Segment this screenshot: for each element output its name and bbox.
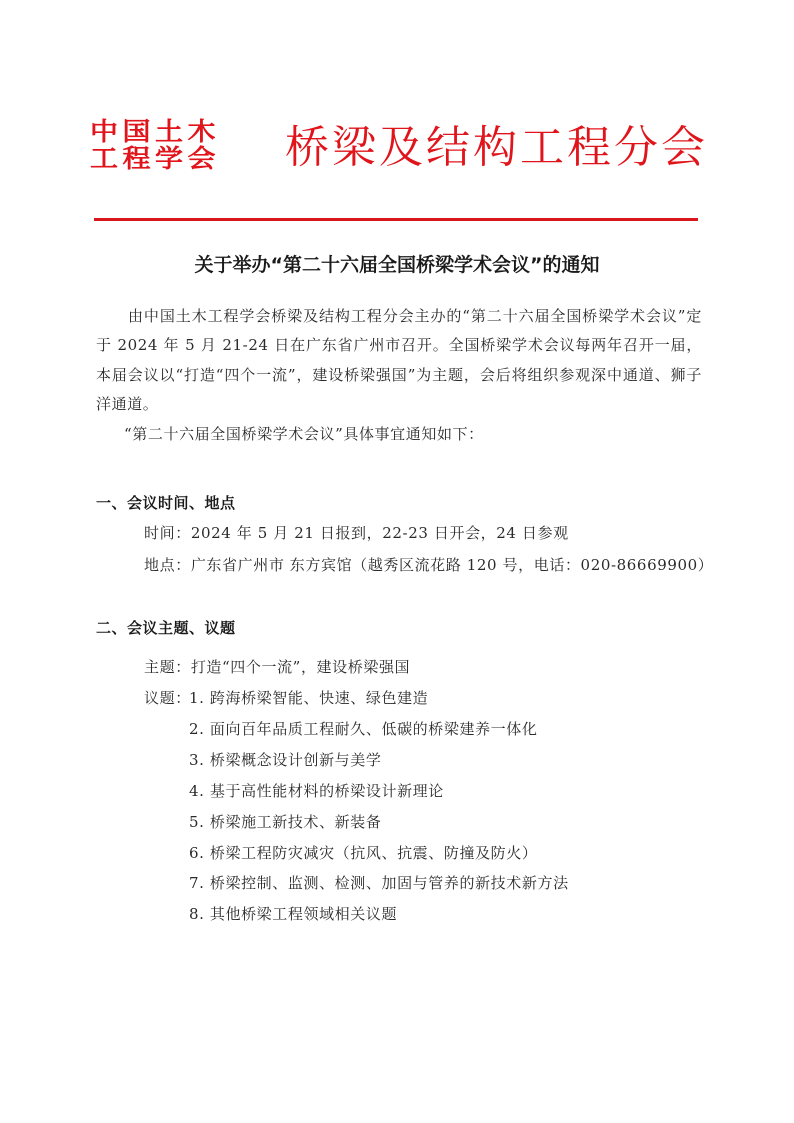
place-value: 广东省广州市 东方宾馆（越秀区流花路 120 号，电话：020-86669900… xyxy=(191,556,714,574)
topic-item: 1. 跨海桥梁智能、快速、绿色建造 xyxy=(189,687,428,709)
section-heading-theme-topics: 二、会议主题、议题 xyxy=(96,617,236,639)
theme-label: 主题： xyxy=(144,658,191,676)
letterhead: 中国土木 工程学会 桥梁及结构工程分会 xyxy=(90,118,710,182)
topic-item: 3. 桥梁概念设计创新与美学 xyxy=(189,749,381,771)
place-label: 地点： xyxy=(144,556,191,574)
org-name-line2: 工程学会 xyxy=(90,145,303,172)
theme-line: 主题：打造“四个一流”，建设桥梁强国 xyxy=(144,656,410,678)
letterhead-divider xyxy=(94,218,698,221)
document-title: 关于举办“第二十六届全国桥梁学术会议”的通知 xyxy=(0,252,794,278)
document-page: 中国土木 工程学会 桥梁及结构工程分会 关于举办“第二十六届全国桥梁学术会议”的… xyxy=(0,0,794,1123)
section-heading-time-place: 一、会议时间、地点 xyxy=(96,492,236,514)
org-name-line1: 中国土木 xyxy=(90,118,303,145)
org-name-small: 中国土木 工程学会 xyxy=(90,118,280,172)
topic-item: 7. 桥梁控制、监测、检测、加固与管养的新技术新方法 xyxy=(189,872,569,894)
topic-item: 2. 面向百年品质工程耐久、低碳的桥梁建养一体化 xyxy=(189,718,537,740)
intro-paragraph-2: “第二十六届全国桥梁学术会议”具体事宜通知如下： xyxy=(96,420,702,449)
intro-paragraph-1: 由中国土木工程学会桥梁及结构工程分会主办的“第二十六届全国桥梁学术会议”定于 2… xyxy=(96,302,702,420)
topic-item: 6. 桥梁工程防灾减灾（抗风、抗震、防撞及防火） xyxy=(189,842,537,864)
topic-item: 8. 其他桥梁工程领域相关议题 xyxy=(189,903,397,925)
topics-label: 议题： xyxy=(144,687,191,709)
topic-item: 5. 桥梁施工新技术、新装备 xyxy=(189,811,381,833)
meeting-place-line: 地点：广东省广州市 东方宾馆（越秀区流花路 120 号，电话：020-86669… xyxy=(144,554,713,576)
topic-item: 4. 基于高性能材料的桥梁设计新理论 xyxy=(189,780,444,802)
org-branch-name: 桥梁及结构工程分会 xyxy=(285,120,708,176)
time-value: 2024 年 5 月 21 日报到，22-23 日开会，24 日参观 xyxy=(191,524,569,542)
time-label: 时间： xyxy=(144,524,191,542)
theme-value: 打造“四个一流”，建设桥梁强国 xyxy=(191,658,410,676)
meeting-time-line: 时间：2024 年 5 月 21 日报到，22-23 日开会，24 日参观 xyxy=(144,522,569,544)
